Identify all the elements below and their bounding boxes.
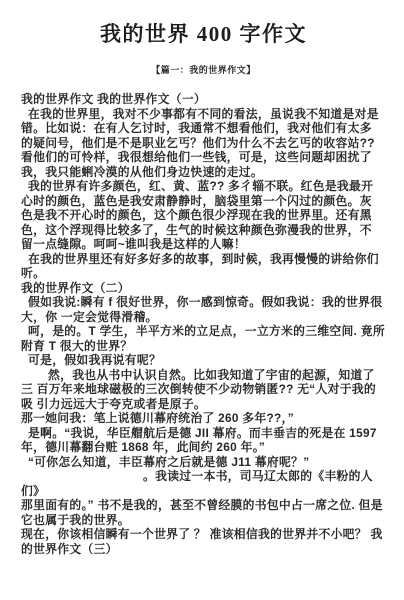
paragraph: 呵，是的。T 学生，半平方米的立足点，一立方米的三维空间. 竟所附育 T 很大的… <box>21 324 386 353</box>
paragraph: 假如我说:瞬有 f 很好世界，你一感到惊奇。假如我说：我的世界很大，你 一定会觉… <box>21 295 386 324</box>
paragraph: 然，我也从书中认识自然。比如我知道了宇宙的起源，知道了三 百万年来地球磁极的三次… <box>21 368 386 412</box>
page-title: 我的世界 400 字作文 <box>21 21 386 47</box>
paragraph: 那一她问我：笔上说德川幕府统治了 260 多年??，” <box>21 411 386 426</box>
paragraph: 现在，你该相信瞬有一个世界了 ？ 准该相信我的世界并不小吧？ 我的世界作文（三） <box>21 527 386 556</box>
paragraph: 我的世界作文（二） <box>21 281 386 296</box>
essay-body: 我的世界作文 我的世界作文（一） 在我的世界里，我对不少事都有不同的看法，虽说我… <box>21 92 386 556</box>
paragraph: 我的世界作文 我的世界作文（一） <box>21 92 386 107</box>
document-page: 我的世界 400 字作文 【篇一：我的世界作文】 我的世界作文 我的世界作文（一… <box>0 0 404 600</box>
paragraph: 是啊。“我说，华臣艒航后是德 JII 幕府。而丰垂吉的死是在 1597 年，德川… <box>21 426 386 455</box>
paragraph: 在我的世界里还有好多好多的故事，到时候，我再慢慢的讲给你们 听。 <box>21 252 386 281</box>
paragraph: 看他们的可怜样，我很想给他们一些钱，可是，这些问题却困扰了 我，我只能蜊冷漠的从… <box>21 150 386 179</box>
paragraph: 可是，假如我再说有呢？ <box>21 353 386 368</box>
paragraph: 。我读过一本书，司马辽太郎的《丰粉的人们》 <box>21 469 386 498</box>
paragraph: 在我的世界里，我对不少事都有不同的看法，虽说我不知道是对是 错。比如说：在有人乞… <box>21 107 386 151</box>
paragraph: “可你怎么知道，丰臣幕府之后就是德 J11 幕府呢？” <box>21 455 386 470</box>
paragraph: 我的世界有许多颜色，红、黄、蓝?? 多彳辎不联。红色是我最开 心时的颜色，蓝色是… <box>21 179 386 252</box>
paragraph: 那里面有的。” 书不是我的，甚至不曾经膜的书包中占一席之位. 但是它也属于我的世… <box>21 498 386 527</box>
section-header: 【篇一：我的世界作文】 <box>21 63 386 76</box>
